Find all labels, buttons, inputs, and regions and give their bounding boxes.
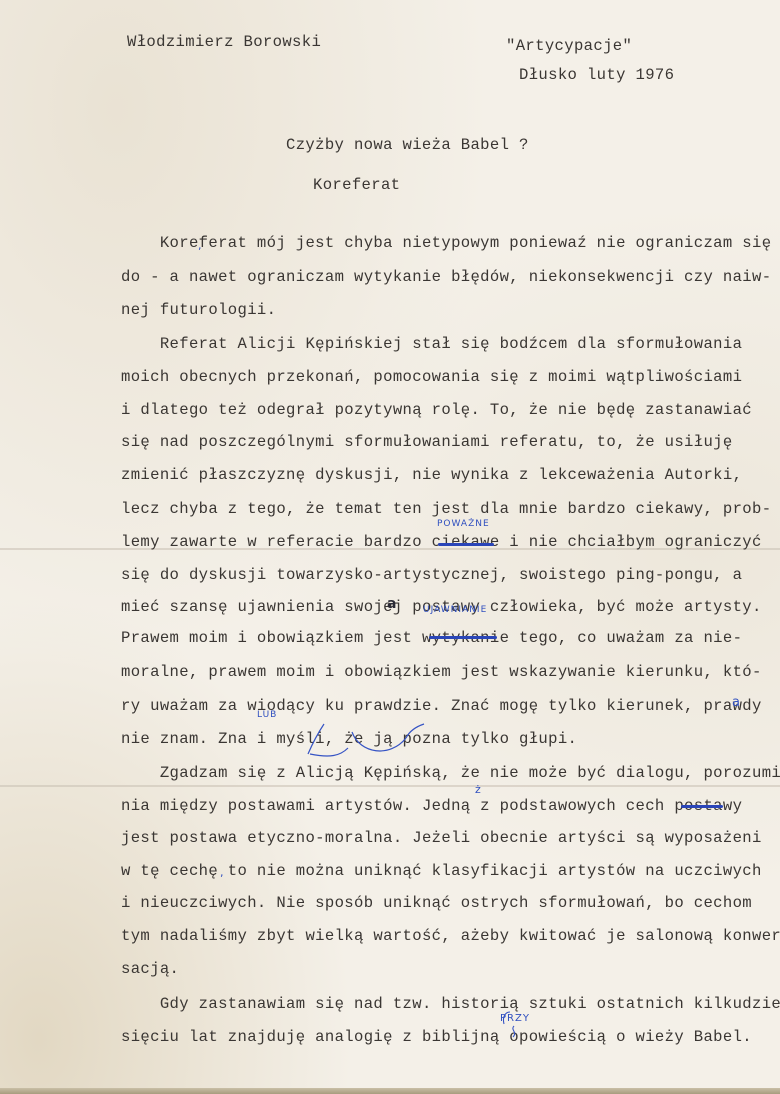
body-line: i nieuczciwych. Nie sposób uniknąć ostry…	[121, 893, 752, 913]
body-line: zmienić płaszczyznę dyskusji, nie wynika…	[121, 465, 742, 485]
handwritten-a-prawdy: a	[732, 695, 740, 710]
body-line: moralne, prawem moim i obowiązkiem jest …	[121, 662, 762, 682]
strikethrough-wytykanie	[429, 636, 497, 639]
body-line: Gdy zastanawiam się nad tzw. historią sz…	[121, 994, 780, 1014]
body-line: sięciu lat znajduję analogię z biblijną …	[121, 1027, 752, 1047]
handwritten-lub: LUB	[257, 710, 277, 720]
document-title: Czyżby nowa wieża Babel ?	[286, 135, 529, 155]
body-line: nia między postawami artystów. Jedną z p…	[121, 796, 742, 816]
body-line: nej futurologii.	[121, 300, 276, 320]
body-line: lemy zawarte w referacie bardzo ciekawe …	[121, 532, 762, 552]
body-line: się do dyskusji towarzysko-artystycznej,…	[121, 565, 742, 585]
body-line: jest postawa etyczno-moralna. Jeżeli obe…	[121, 828, 762, 848]
strikethrough-postawy	[681, 805, 723, 808]
handwritten-comma: ,	[198, 239, 202, 252]
body-line: i dlatego też odegrał pozytywną rolę. To…	[121, 400, 752, 420]
handwritten-powazne: POWAŻNE	[437, 519, 490, 529]
body-line: w tę cechę to nie można uniknąć klasyfik…	[121, 861, 762, 881]
body-line: sacją.	[121, 959, 179, 979]
body-line: Zgadzam się z Alicją Kępińską, że nie mo…	[121, 763, 780, 783]
handwritten-a-correction: a	[387, 596, 396, 612]
document-subtitle: Koreferat	[313, 175, 400, 195]
body-line: ry uważam za wiodący ku prawdzie. Znać m…	[121, 696, 762, 716]
publication-name: "Artycypacje"	[506, 36, 632, 56]
handwritten-comma: ,	[220, 866, 224, 879]
strikethrough-ciekawe	[438, 543, 494, 546]
handwritten-z-correction: ż	[475, 783, 481, 796]
body-line: Referat Alicji Kępińskiej stał się bodźc…	[121, 334, 742, 354]
paper-fold	[0, 785, 780, 787]
body-line: moich obecnych przekonań, pomocowania si…	[121, 367, 742, 387]
body-line: tym nadaliśmy zbyt wielką wartość, ażeby…	[121, 926, 780, 946]
author-name: Włodzimierz Borowski	[127, 32, 321, 52]
place-date: Dłusko luty 1976	[519, 65, 674, 85]
body-line: lecz chyba z tego, że temat ten jest dla…	[121, 499, 771, 519]
body-line: Koreferat mój jest chyba nietypowym poni…	[121, 233, 771, 253]
handwritten-insert-mark	[500, 1010, 540, 1040]
paper-bottom-edge	[0, 1088, 780, 1094]
handwritten-ujawnianie: UJAWNIANIE	[423, 605, 487, 615]
handwritten-reorder-mark	[300, 718, 440, 758]
body-line: do - a nawet ograniczam wytykanie błędów…	[121, 267, 771, 287]
body-line: się nad poszczególnymi sformułowaniami r…	[121, 432, 733, 452]
